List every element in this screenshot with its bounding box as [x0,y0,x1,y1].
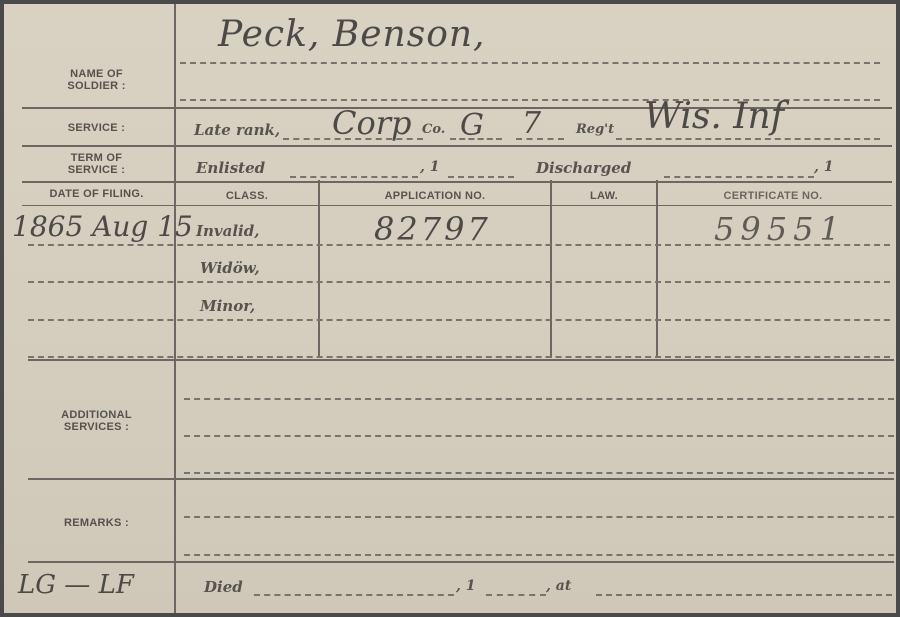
handwritten-regiment-number: 7 [522,106,541,141]
discharged-date-line [664,176,814,178]
additional-line-3 [184,472,894,474]
rule-table-bottom [28,359,894,361]
rule-term-bottom [22,181,892,183]
rule-additional-bottom [28,478,894,480]
label-date-of-filing: DATE OF FILING. [24,188,169,200]
remarks-line-1 [184,516,894,518]
name-line-1 [180,62,880,64]
handwritten-certificate-no: 59551 [714,210,846,248]
remarks-line-2 [184,554,894,556]
died-place-line [596,594,892,596]
col-divider-app-law [550,180,552,358]
enlisted-date-line [290,176,418,178]
printed-died-year: , 1 [456,578,476,594]
printed-died: Died [204,578,243,596]
handwritten-soldier-name: Peck, Benson, [218,14,486,55]
class-invalid: Invalid, [196,222,259,240]
handwritten-rank: Corp [332,104,412,142]
table-row-line-2 [28,281,890,283]
col-divider-law-cert [656,180,658,358]
printed-regt: Reg't [576,122,614,137]
printed-at: , at [546,578,571,594]
label-name-of-soldier: NAME OF SOLDIER : [24,68,169,92]
printed-discharged-year: , 1 [814,159,834,175]
label-term-of-service: TERM OF SERVICE : [24,152,169,176]
regiment-line [616,138,880,140]
col-header-class: CLASS. [176,190,318,202]
enlisted-year-line [448,176,514,178]
handwritten-footer-note: LG — LF [18,570,134,600]
col-header-application-no: APPLICATION NO. [320,190,550,202]
class-widow: Widöw, [200,259,260,277]
main-vertical-divider [174,4,176,613]
additional-line-1 [184,398,894,400]
rule-remarks-bottom [28,561,894,563]
col-divider-class-app [318,180,320,358]
label-remarks: REMARKS : [24,517,169,529]
rule-service-bottom [22,145,892,147]
handwritten-regiment: Wis. Inf [644,96,784,137]
col-header-law: LAW. [552,190,656,202]
handwritten-application-no: 82797 [374,210,491,248]
died-year-line [486,594,546,596]
printed-discharged: Discharged [536,159,631,177]
label-additional-services: ADDITIONAL SERVICES : [24,409,169,433]
rule-header-bottom [22,205,892,206]
class-minor: Minor, [200,297,255,315]
additional-line-2 [184,435,894,437]
handwritten-date-of-filing: 1865 Aug 15 [12,210,193,243]
label-service: SERVICE : [24,122,169,134]
printed-co: Co. [422,122,445,137]
died-date-line [254,594,454,596]
table-row-line-3 [28,319,890,321]
table-row-line-4 [28,356,890,358]
printed-enlisted: Enlisted [196,159,265,177]
col-header-certificate-no: CERTIFICATE NO. [658,190,888,202]
pension-index-card: NAME OF SOLDIER : SERVICE : TERM OF SERV… [4,4,896,613]
printed-late-rank: Late rank, [194,121,280,139]
printed-enlisted-year: , 1 [420,159,440,175]
handwritten-company: G [460,108,484,143]
